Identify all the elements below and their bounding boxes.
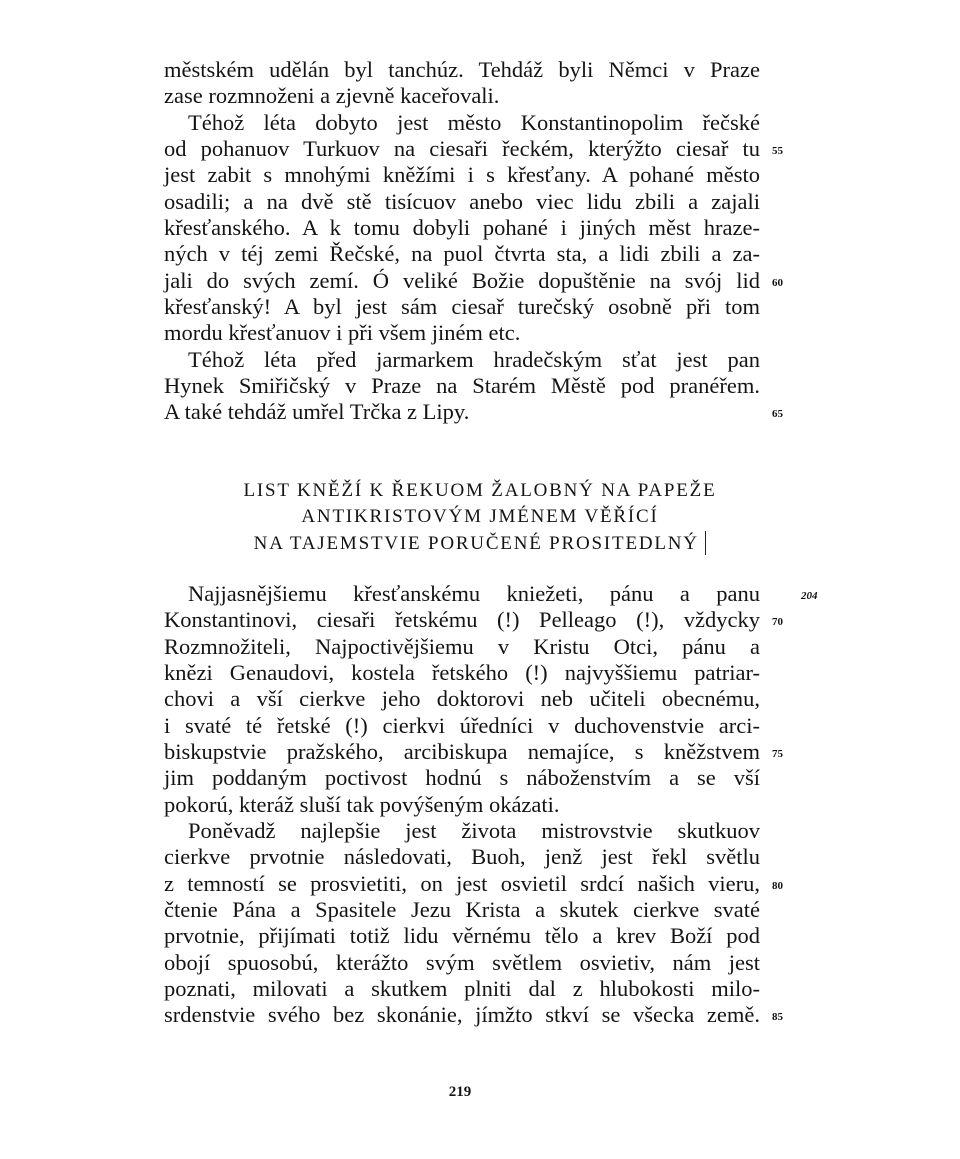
text-line: srdenstvie svého bez skonánie, jímžto st…: [164, 1002, 760, 1028]
text-line: A také tehdáž umřel Trčka z Lipy.: [164, 399, 760, 425]
text-line: z temností se prosvietiti, on jest osvie…: [164, 871, 760, 897]
text-line: biskupstvie pražského, arcibiskupa nemaj…: [164, 739, 760, 765]
text-line: chovi a vší cierkve jeho doktorovi neb u…: [164, 686, 760, 712]
text-line: ných v téj zemi Řečské, na puol čtvrta s…: [164, 241, 760, 267]
text-line: jim poddaným poctivost hodnú s náboženst…: [164, 765, 760, 791]
text-line: osadili; a na dvě stě tisícuov anebo vie…: [164, 189, 760, 215]
heading-line: NA TAJEMSTVIE PORUČENÉ PROSITEDLNÝ: [0, 531, 960, 557]
text-line: křesťanského. A k tomu dobyli pohané i j…: [164, 215, 760, 241]
text-line: městském udělán byl tanchúz. Tehdáž byli…: [164, 57, 760, 83]
heading-line: ANTIKRISTOVÝM JMÉNEM VĚŘÍCÍ: [0, 504, 960, 530]
text-line: Najjasnějšiemu křesťanskému kniežeti, pá…: [188, 581, 760, 607]
text-line: křesťanský! A byl jest sám ciesař turečs…: [164, 294, 760, 320]
heading-text: NA TAJEMSTVIE PORUČENÉ PROSITEDLNÝ: [254, 533, 699, 554]
text-line: knězi Genaudovi, kostela řetského (!) na…: [164, 660, 760, 686]
text-line: Téhož léta dobyto jest město Konstantino…: [188, 110, 760, 136]
text-line: prvotnie, přijímati totiž lidu věrnému t…: [164, 923, 760, 949]
line-number: 80: [772, 873, 783, 899]
text-line: zase rozmnoženi a zjevně kaceřovali.: [164, 83, 760, 109]
text-line: i svaté té řetské (!) cierkvi úředníci v…: [164, 713, 760, 739]
heading-line: LIST KNĚŽÍ K ŘEKUOM ŽALOBNÝ NA PAPEŽE: [0, 478, 960, 504]
text-line: cierkve prvotnie následovati, Buoh, jenž…: [164, 844, 760, 870]
text-line: od pohanuov Turkuov na ciesaři řeckém, k…: [164, 136, 760, 162]
page-break-marker: [705, 531, 707, 555]
text-line: mordu křesťanuov i při všem jiném etc.: [164, 320, 760, 346]
text-line: Téhož léta před jarmarkem hradečským sťa…: [188, 347, 760, 373]
line-number: 75: [772, 741, 783, 767]
line-number: 70: [772, 609, 783, 635]
text-line: čtenie Pána a Spasitele Jezu Krista a sk…: [164, 897, 760, 923]
text-line: poznati, milovati a skutkem plniti dal z…: [164, 976, 760, 1002]
line-number: 55: [772, 138, 783, 164]
line-number: 65: [772, 401, 783, 427]
text-line: jest zabit s mnohými kněžími i s křesťan…: [164, 162, 760, 188]
page-number: 219: [0, 1082, 920, 1102]
source-page-reference: 204: [801, 583, 818, 609]
text-line: Hynek Smiřičský v Praze na Starém Městě …: [164, 373, 760, 399]
text-line: obojí spuosobú, kterážto svým světlem os…: [164, 950, 760, 976]
text-line: jali do svých zemí. Ó veliké Božie dopuš…: [164, 268, 760, 294]
text-line: pokorú, kteráž sluší tak povýšeným okáza…: [164, 792, 760, 818]
text-line: Rozmnožiteli, Najpoctivějšiemu v Kristu …: [164, 634, 760, 660]
line-number: 85: [772, 1004, 783, 1030]
text-line: Poněvadž najlepšie jest života mistrovst…: [188, 818, 760, 844]
document-page: městském udělán byl tanchúz. Tehdáž byli…: [0, 0, 960, 1159]
text-line: Konstantinovi, ciesaři řetskému (!) Pell…: [164, 607, 760, 633]
line-number: 60: [772, 270, 783, 296]
